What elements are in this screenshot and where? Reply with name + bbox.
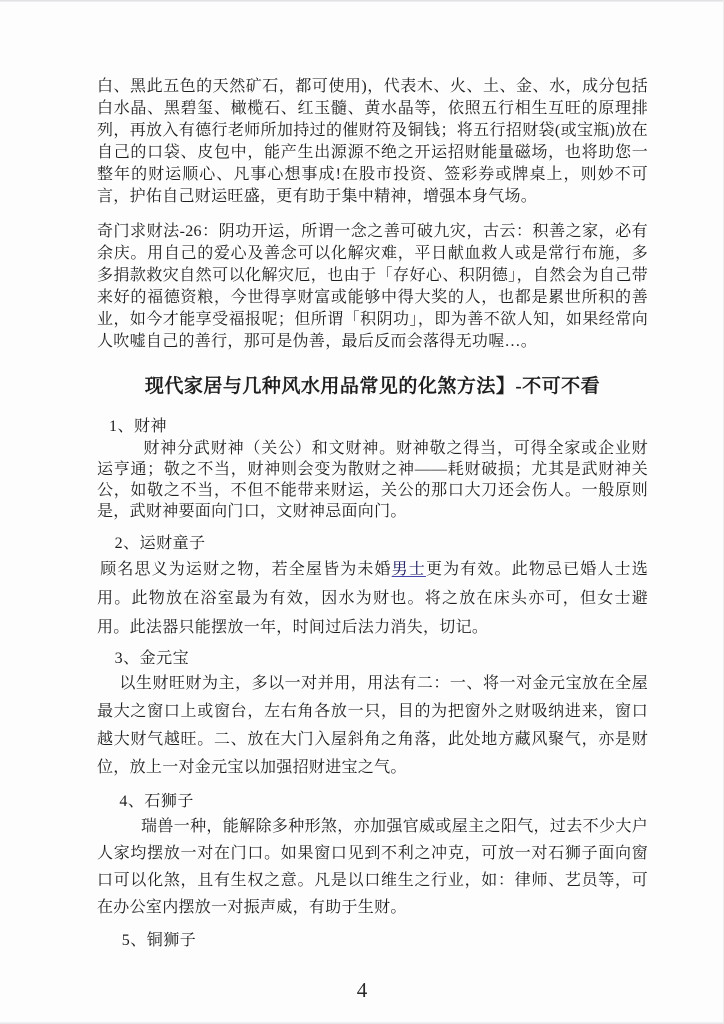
section-yuncai-tongzi: 2、运财童子 顾名思义为运财之物，若全屋皆为未婚男士更为有效。此物忌已婚人士选用… <box>97 533 648 642</box>
page-number: 4 <box>0 978 724 1003</box>
section-title-yuncai-tongzi: 2、运财童子 <box>97 533 648 555</box>
section-jin-yuanbao: 3、金元宝 以生财旺财为主，多以一对并用，用法有二：一、将一对金元宝放在全屋最大… <box>97 648 648 782</box>
section-bronze-lion: 5、铜狮子 <box>97 930 648 952</box>
section-body-yuncai-tongzi: 顾名思义为运财之物，若全屋皆为未婚男士更为有效。此物忌已婚人士选用。此物放在浴室… <box>97 555 648 642</box>
body-text-before-link: 顾名思义为运财之物，若全屋皆为未婚 <box>100 561 391 578</box>
section-stone-lion: 4、石狮子 瑞兽一种，能解除多种形煞，亦加强官威或屋主之阳气，过去不少大户人家均… <box>97 791 648 921</box>
document-page: 白、黑此五色的天然矿石，都可使用)，代表木、火、土、金、水，成分包括白水晶、黑碧… <box>0 0 724 1024</box>
page-title: 现代家居与几种风水用品常见的化煞方法】-不可不看 <box>97 374 648 400</box>
section-title-jin-yuanbao: 3、金元宝 <box>97 648 648 670</box>
section-body-stone-lion: 瑞兽一种，能解除多种形煞，亦加强官威或屋主之阳气，过去不少大户人家均摆放一对在门… <box>97 813 648 921</box>
section-caishen: 1、财神 财神分武财神（关公）和文财神。财神敬之得当，可得全家或企业财运亨通；敬… <box>97 416 648 522</box>
unmarried-male-link[interactable]: 男士 <box>392 561 426 578</box>
paragraph-five-element-minerals: 白、黑此五色的天然矿石，都可使用)，代表木、火、土、金、水，成分包括白水晶、黑碧… <box>97 76 648 208</box>
section-title-bronze-lion: 5、铜狮子 <box>97 930 648 952</box>
section-body-jin-yuanbao: 以生财旺财为主，多以一对并用，用法有二：一、将一对金元宝放在全屋最大之窗口上或窗… <box>97 670 648 782</box>
section-title-caishen: 1、财神 <box>97 416 648 438</box>
scan-edge-top <box>0 0 724 2</box>
section-body-caishen: 财神分武财神（关公）和文财神。财神敬之得当，可得全家或企业财运亨通；敬之不当，财… <box>97 438 648 522</box>
paragraph-qimen-wealth-method-26: 奇门求财法-26：阴功开运，所谓一念之善可破九灾，古云：积善之家，必有余庆。用自… <box>97 221 648 353</box>
section-title-stone-lion: 4、石狮子 <box>97 791 648 813</box>
page-content: 白、黑此五色的天然矿石，都可使用)，代表木、火、土、金、水，成分包括白水晶、黑碧… <box>97 76 648 952</box>
